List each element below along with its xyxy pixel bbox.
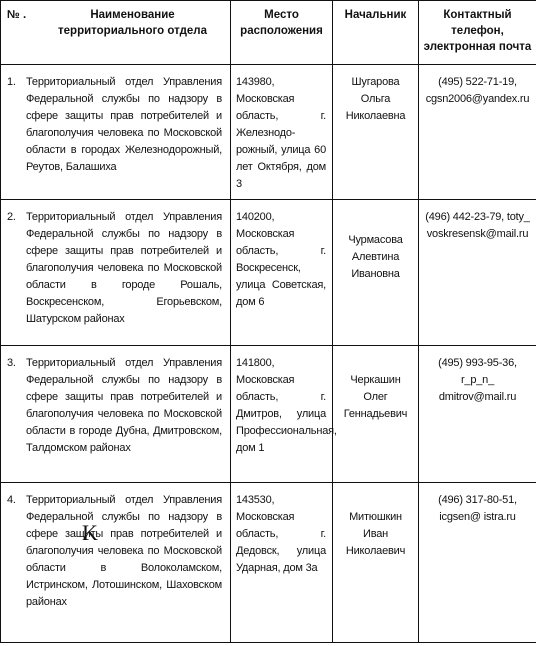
department-name-cell: 1. Территориальный отдел Управления Феде… [1, 65, 231, 200]
row-number: 3. [7, 355, 26, 457]
row-number: 4. [7, 492, 26, 611]
row-number: 2. [7, 209, 26, 328]
department-name-cell: 2. Территориальный отдел Управления Феде… [1, 200, 231, 346]
territorial-departments-table: № . Наименование территориального отдела… [0, 0, 536, 643]
department-name: Территориальный отдел Управления Федерал… [26, 74, 222, 176]
department-chief: Черкашин Олег Геннадьевич [333, 346, 419, 483]
table-row: 4. Территориальный отдел Управления Феде… [1, 483, 536, 643]
table-row: 2. Территориальный отдел Управления Феде… [1, 200, 536, 346]
department-contact: (495) 993-95-36, r_p_n_ dmitrov@mail.ru [419, 346, 536, 483]
department-name: Территориальный отдел Управления Федерал… [26, 492, 222, 611]
department-name: Территориальный отдел Управления Федерал… [26, 355, 222, 457]
header-num: № . [1, 1, 51, 39]
department-name-cell: 3. Территориальный отдел Управления Феде… [1, 346, 231, 483]
header-name-cell: № . Наименование территориального отдела [1, 1, 231, 65]
row-number: 1. [7, 74, 26, 176]
header-contact: Контактный телефон, электронная почта [419, 1, 536, 65]
department-address: 143980, Московская область, г. Железнодо… [231, 65, 333, 200]
department-name-cell: 4. Территориальный отдел Управления Феде… [1, 483, 231, 643]
header-chief: Начальник [333, 1, 419, 65]
table-header-row: № . Наименование территориального отдела… [1, 1, 536, 65]
table-row: 1. Территориальный отдел Управления Феде… [1, 65, 536, 200]
table-row: 3. Территориальный отдел Управления Феде… [1, 346, 536, 483]
department-address: 140200, Московская область, г. Воскресен… [231, 200, 333, 346]
department-contact: (496) 317-80-51, icgsen@ istra.ru [419, 483, 536, 643]
department-address: 143530, Московская область, г. Дедовск, … [231, 483, 333, 643]
department-chief: Чурмасова Алевтина Ивановна [333, 200, 419, 346]
department-contact: (496) 442-23-79, toty_ voskresensk@mail.… [419, 200, 536, 346]
department-chief: Митюшкин Иван Николаевич [333, 483, 419, 643]
department-chief: Шугарова Ольга Николаевна [333, 65, 419, 200]
text-cursor-icon: K [82, 522, 98, 544]
header-name: Наименование территориального отдела [51, 1, 230, 39]
department-contact: (495) 522-71-19, cgsn2006@yandex.ru [419, 65, 536, 200]
department-name: Территориальный отдел Управления Федерал… [26, 209, 222, 328]
department-address: 141800, Московская область, г. Дмитров, … [231, 346, 333, 483]
header-place: Место расположения [231, 1, 333, 65]
